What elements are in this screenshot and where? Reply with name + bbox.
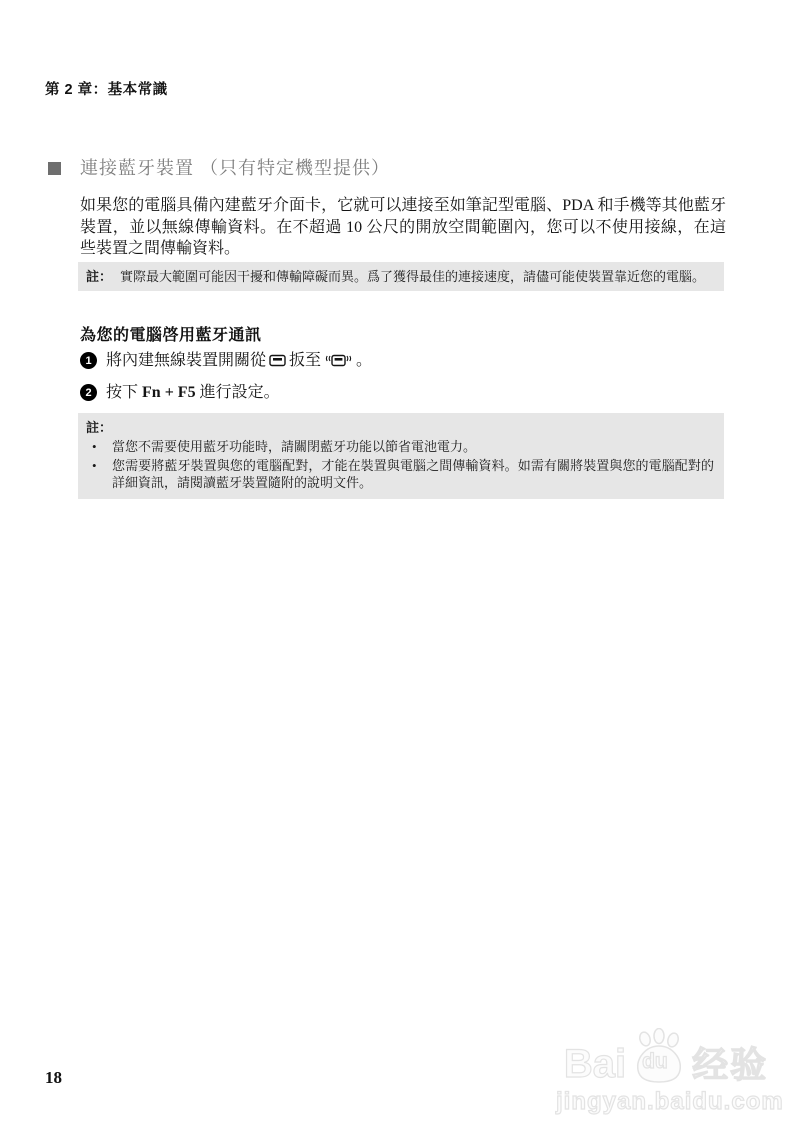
wireless-switch-on-icon bbox=[324, 353, 353, 373]
wireless-switch-off-icon bbox=[269, 353, 286, 373]
note-label: 註： bbox=[86, 419, 714, 436]
chapter-header: 第 2 章：基本常識 bbox=[45, 78, 168, 99]
note-bullet-item: 您需要將藍牙裝置與您的電腦配對，才能在裝置與電腦之間傳輸資料。如需有關將裝置與您… bbox=[86, 457, 714, 491]
step-1-text-pre: 將內建無線裝置開關從 bbox=[106, 352, 266, 369]
step-1-number-badge: 1 bbox=[80, 352, 97, 369]
baidu-jingyan-watermark: Bai du 经验 jingyan.baidu.com bbox=[556, 1028, 776, 1116]
step-1-text-mid: 扳至 bbox=[289, 352, 321, 369]
step-2: 2 按下 Fn + F5 進行設定。 bbox=[80, 383, 280, 403]
watermark-url: jingyan.baidu.com bbox=[556, 1088, 776, 1116]
baidu-paw-icon: du bbox=[628, 1028, 690, 1084]
watermark-bai-text: Bai bbox=[564, 1044, 626, 1084]
manual-page: 第 2 章：基本常識 連接藍牙裝置 （只有特定機型提供） 如果您的電腦具備內建藍… bbox=[0, 0, 800, 1133]
step-2-number-badge: 2 bbox=[80, 384, 97, 401]
step-1-text: 將內建無線裝置開關從扳至。 bbox=[106, 351, 372, 373]
note-box-bluetooth-tips: 註： 當您不需要使用藍牙功能時，請關閉藍牙功能以節省電池電力。 您需要將藍牙裝置… bbox=[78, 413, 724, 499]
watermark-logo-row: Bai du 经验 bbox=[556, 1028, 776, 1084]
page-number: 18 bbox=[45, 1068, 62, 1088]
section-title: 連接藍牙裝置 （只有特定機型提供） bbox=[80, 154, 390, 180]
step-1: 1 將內建無線裝置開關從扳至。 bbox=[80, 351, 372, 373]
watermark-du-text: du bbox=[642, 1050, 668, 1074]
step-1-text-post: 。 bbox=[356, 352, 372, 369]
note-bullet-item: 當您不需要使用藍牙功能時，請關閉藍牙功能以節省電池電力。 bbox=[86, 438, 714, 455]
note-text: 實際最大範圍可能因干擾和傳輸障礙而異。爲了獲得最佳的連接速度，請儘可能使裝置靠近… bbox=[120, 268, 714, 285]
watermark-jingyan-chinese: 经验 bbox=[692, 1046, 768, 1084]
step-2-text: 按下 Fn + F5 進行設定。 bbox=[106, 383, 280, 403]
keyboard-shortcut: Fn + F5 bbox=[142, 384, 196, 401]
note-label: 註： bbox=[86, 268, 120, 285]
step-2-text-pre: 按下 bbox=[106, 384, 142, 401]
note-bullet-list: 當您不需要使用藍牙功能時，請關閉藍牙功能以節省電池電力。 您需要將藍牙裝置與您的… bbox=[86, 438, 714, 491]
subsection-title: 為您的電腦啓用藍牙通訊 bbox=[80, 322, 262, 345]
section-bullet-square bbox=[48, 162, 61, 175]
step-2-text-post: 進行設定。 bbox=[196, 384, 280, 401]
section-intro-paragraph: 如果您的電腦具備內建藍牙介面卡，它就可以連接至如筆記型電腦、PDA 和手機等其他… bbox=[80, 195, 726, 260]
note-box-range: 註： 實際最大範圍可能因干擾和傳輸障礙而異。爲了獲得最佳的連接速度，請儘可能使裝… bbox=[78, 262, 724, 291]
